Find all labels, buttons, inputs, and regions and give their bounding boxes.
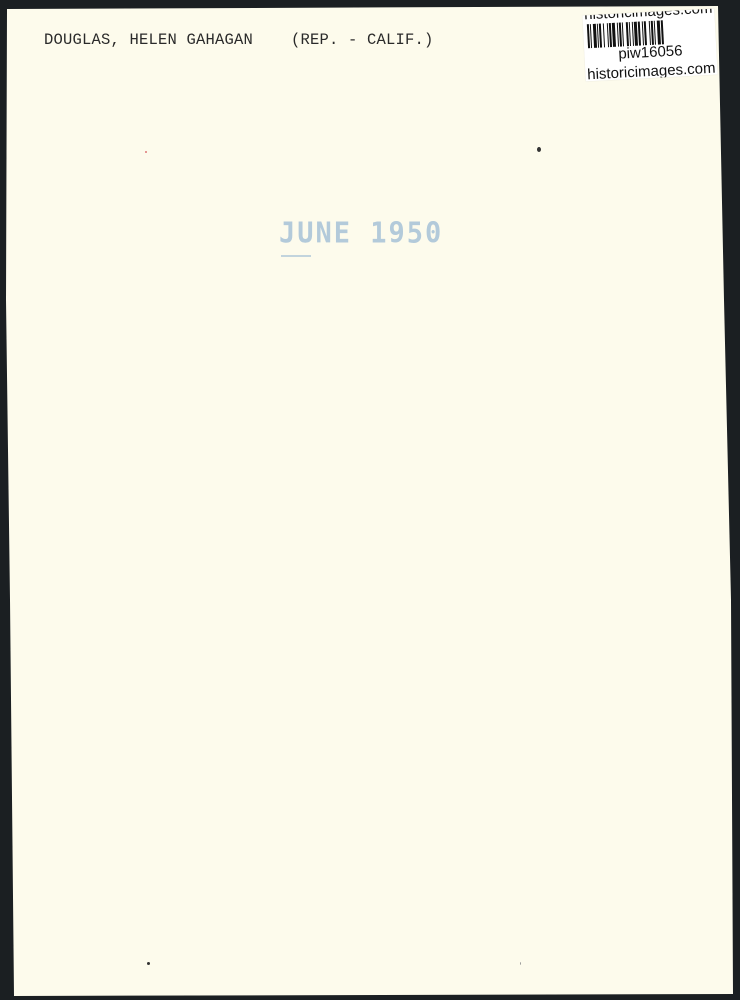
speck [145,151,147,153]
speck [537,147,541,152]
speck [520,962,521,965]
speck [147,962,150,965]
caption-text: DOUGLAS, HELEN GAHAGAN (REP. - CALIF.) [44,31,434,49]
photo-back-paper [0,0,740,1000]
date-stamp: JUNE 1950 [279,217,443,250]
barcode-label: historicimages.com piw16056 historicimag… [582,9,717,82]
stamp-underline [281,255,311,257]
